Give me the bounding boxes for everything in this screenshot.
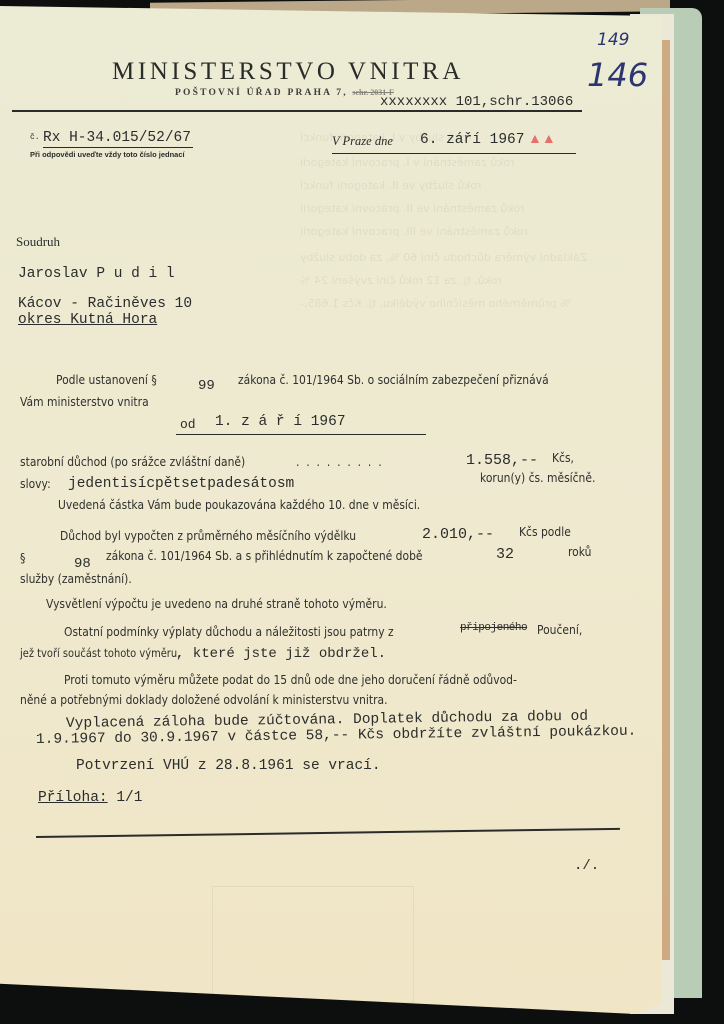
- effective-date-underline: [176, 434, 426, 435]
- reference-prefix: č.: [30, 133, 40, 142]
- reference-instruction: Při odpovědi uveďte vždy toto číslo jedn…: [30, 150, 185, 159]
- postal-office: POŠTOVNÍ ÚŘAD PRAHA 7, schr. 2031-F: [175, 88, 394, 98]
- calculation-text: služby (zaměstnání).: [20, 571, 132, 586]
- decision-paragraph: 99: [198, 378, 215, 394]
- date-underline: [332, 153, 576, 154]
- calculation-text: Kčs podle: [519, 524, 571, 539]
- effective-from-date: 1. z á ř í 1967: [215, 414, 346, 430]
- calculation-explanation: Vysvětlení výpočtu je uvedeno na druhé s…: [46, 596, 387, 611]
- pension-label: starobní důchod (po srážce zvláštní daně…: [20, 454, 245, 469]
- handwritten-page-number: 146: [587, 56, 648, 94]
- decision-text: Vám ministerstvo vnitra: [20, 394, 149, 409]
- show-through-text: roků, tj. za 12 roků činí zvýšení 24 %: [300, 274, 502, 287]
- effective-from-label: od: [180, 417, 196, 432]
- pension-unit: korun(y) čs. měsíčně.: [480, 470, 595, 485]
- continuation-mark: ./.: [574, 858, 599, 874]
- typed-note: Potvrzení VHÚ z 28.8.1961 se vrací.: [76, 758, 381, 774]
- postal-box-typed: xxxxxxxx 101,schr.13066: [380, 94, 573, 110]
- years-label: roků: [568, 544, 591, 559]
- show-through-text: % průměrného měsíčního výdělku, tj. Kčs …: [300, 297, 570, 310]
- show-through-text: roků zaměstnání v I. pracovní kategorii: [300, 156, 514, 169]
- payment-note: Uvedená částka Vám bude poukazována každ…: [58, 497, 420, 512]
- pension-currency: Kčs,: [552, 450, 574, 465]
- document-page: roků služby v I. kategorii funkcí roků z…: [0, 6, 662, 1014]
- ministry-name: MINISTERSTVO VNITRA: [112, 58, 464, 86]
- calculation-text: Důchod byl vypočten z průměrného měsíční…: [60, 528, 356, 543]
- appeal-text: něné a potřebnými doklady doložené odvol…: [20, 692, 388, 707]
- reference-underline: [43, 147, 193, 148]
- attachment-label-text: Příloha:: [38, 790, 108, 806]
- words-label: slovy:: [20, 476, 51, 491]
- struck-word: připojeného: [460, 622, 527, 634]
- conditions-text: Poučení,: [537, 622, 582, 637]
- appeal-text: Proti tomuto výměru můžete podat do 15 d…: [64, 672, 517, 687]
- show-through-text: Základní výměra důchodu činí 60 %, za do…: [300, 251, 587, 264]
- attachment-label: Příloha: 1/1: [38, 790, 142, 806]
- show-through-stamp: [212, 886, 414, 1003]
- calculation-paragraph: 98: [74, 556, 91, 572]
- footer-divider: [36, 828, 620, 838]
- section-sign: §: [20, 550, 25, 565]
- decision-text: zákona č. 101/1964 Sb. o sociálním zabez…: [238, 372, 549, 387]
- salutation: Soudruh: [16, 234, 60, 250]
- calculation-text: zákona č. 101/1964 Sb. a s přihlédnutím …: [106, 548, 423, 563]
- document-date: 6. září 1967: [420, 132, 524, 148]
- show-through-text: roků služby ve II. kategorii funkcí: [300, 179, 481, 192]
- credited-years: 32: [496, 546, 514, 563]
- conditions-text: jež tvoří součást tohoto výměru.: [20, 646, 180, 660]
- decision-text: Podle ustanovení §: [56, 372, 157, 387]
- pension-dots: . . . . . . . . .: [296, 454, 383, 469]
- show-through-text: roků zaměstnání ve II. pracovní kategori…: [300, 202, 524, 215]
- amount-in-words: jedentisícpětsetpadesátosm: [68, 476, 294, 492]
- conditions-typed-addition: , které jste již obdržel.: [176, 646, 386, 662]
- average-earnings: 2.010,--: [422, 526, 494, 543]
- conditions-text: Ostatní podmínky výplaty důchodu a nálež…: [64, 624, 394, 639]
- reference-number: Rx H-34.015/52/67: [43, 130, 191, 146]
- recipient-address-line1: Kácov - Račiněves 10: [18, 296, 192, 312]
- recipient-address-line2: okres Kutná Hora: [18, 312, 157, 328]
- red-stamp-mark: ▲▲: [528, 130, 556, 146]
- pension-amount: 1.558,--: [466, 452, 538, 469]
- handwritten-page-number-small: 149: [597, 30, 629, 50]
- recipient-name: Jaroslav P u d i l: [18, 266, 175, 282]
- attachment-value: 1/1: [116, 790, 142, 806]
- date-label: V Praze dne: [332, 134, 393, 149]
- show-through-text: roků zaměstnání ve III. pracovní kategor…: [300, 225, 528, 238]
- header-divider: [12, 110, 582, 112]
